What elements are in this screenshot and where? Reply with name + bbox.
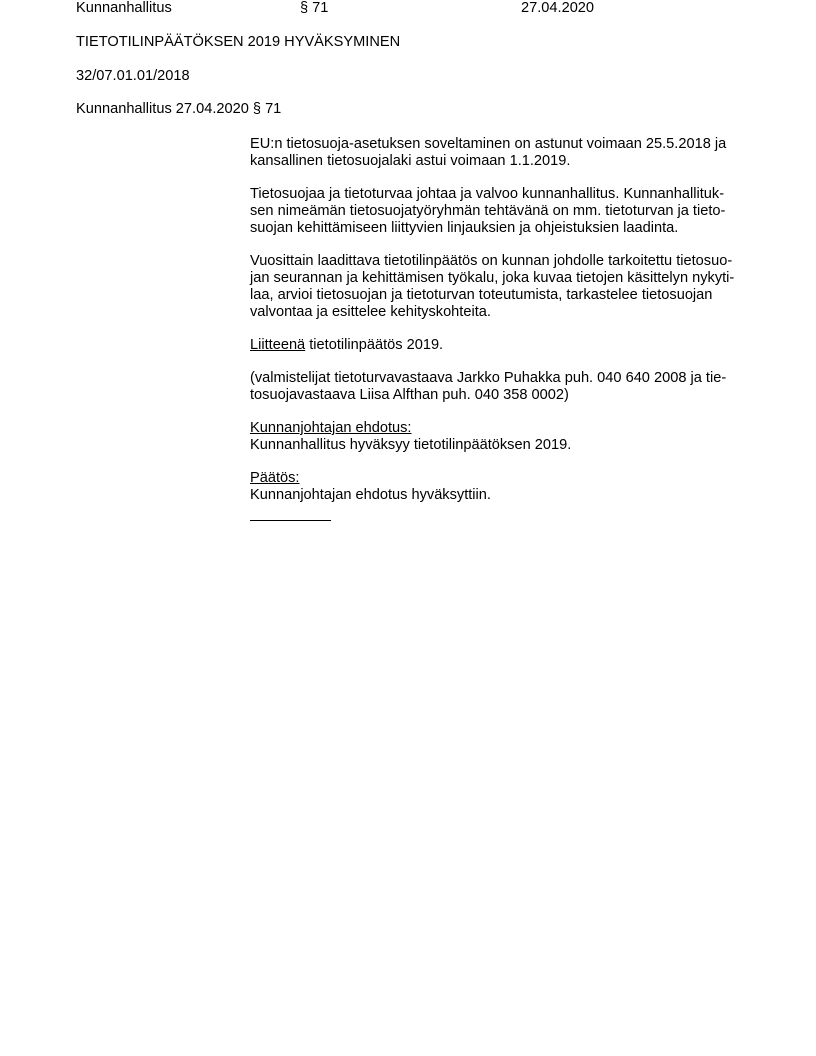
proposal-heading: Kunnanjohtajan ehdotus:: [250, 420, 750, 437]
decision-text: Kunnanjohtajan ehdotus hyväksyttiin.: [250, 487, 750, 504]
text-line: Tietosuojaa ja tietoturvaa johtaa ja val…: [250, 186, 750, 203]
text-line: jan seurannan ja kehittämisen työkalu, j…: [250, 270, 750, 287]
header-date: 27.04.2020: [521, 0, 594, 17]
paragraph-responsibility: Tietosuojaa ja tietoturvaa johtaa ja val…: [250, 186, 750, 237]
text-line: EU:n tietosuoja-asetuksen soveltaminen o…: [250, 136, 750, 153]
text-line: sen nimeämän tietosuojatyöryhmän tehtävä…: [250, 203, 750, 220]
text-line: kansallinen tietosuojalaki astui voimaan…: [250, 153, 750, 170]
attachment-text: tietotilinpäätös 2019.: [305, 337, 443, 353]
text-line: tosuojavastaava Liisa Alfthan puh. 040 3…: [250, 387, 750, 404]
text-line: suojan kehittämiseen liittyvien linjauks…: [250, 220, 750, 237]
paragraph-decision: Päätös: Kunnanjohtajan ehdotus hyväksytt…: [250, 470, 750, 504]
header-section: § 71: [300, 0, 328, 17]
text-line: Vuosittain laadittava tietotilinpäätös o…: [250, 253, 750, 270]
diary-number: 32/07.01.01/2018: [76, 68, 190, 85]
text-line: laa, arvioi tietosuojan ja tietoturvan t…: [250, 287, 750, 304]
decision-heading: Päätös:: [250, 470, 750, 487]
paragraph-gdpr: EU:n tietosuoja-asetuksen soveltaminen o…: [250, 136, 750, 170]
text-line: valvontaa ja esittelee kehityskohteita.: [250, 304, 750, 321]
paragraph-proposal: Kunnanjohtajan ehdotus: Kunnanhallitus h…: [250, 420, 750, 454]
document-title: TIETOTILINPÄÄTÖKSEN 2019 HYVÄKSYMINEN: [76, 34, 400, 51]
paragraph-attachment: Liitteenä tietotilinpäätös 2019.: [250, 337, 750, 354]
text-line: (valmistelijat tietoturvavastaava Jarkko…: [250, 370, 750, 387]
attachment-label: Liitteenä: [250, 337, 305, 353]
document-body: EU:n tietosuoja-asetuksen soveltaminen o…: [250, 136, 750, 521]
meeting-reference: Kunnanhallitus 27.04.2020 § 71: [76, 101, 281, 118]
paragraph-description: Vuosittain laadittava tietotilinpäätös o…: [250, 253, 750, 321]
paragraph-preparers: (valmistelijat tietoturvavastaava Jarkko…: [250, 370, 750, 404]
header-organ: Kunnanhallitus: [76, 0, 172, 17]
proposal-text: Kunnanhallitus hyväksyy tietotilinpäätök…: [250, 437, 750, 454]
end-rule: [250, 520, 331, 521]
